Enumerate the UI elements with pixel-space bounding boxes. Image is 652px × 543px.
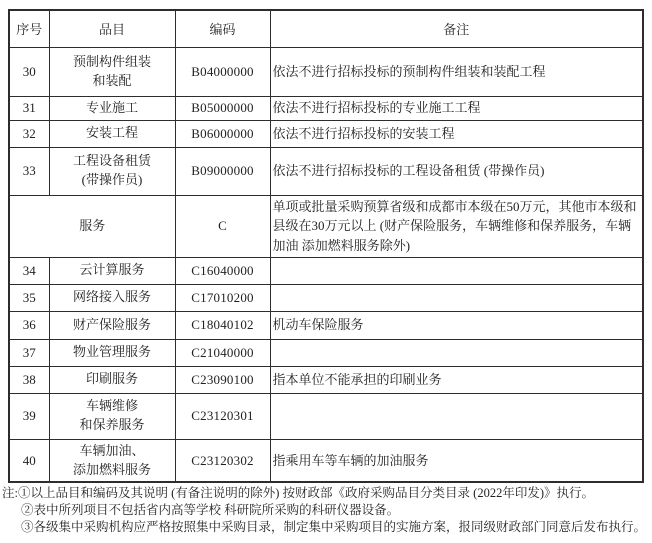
table-row: 36 财产保险服务 C18040102 机动车保险服务 [9,311,643,339]
footnote-1: 注:①以上品目和编码及其说明 (有备注说明的除外) 按财政部《政府采购品目分类目… [2,485,650,502]
table-row: 35 网络接入服务 C17010200 [9,284,643,311]
item-code: C18040102 [175,311,270,339]
item-name: 工程设备租赁 (带操作员) [49,147,175,195]
item-code: B06000000 [175,120,270,147]
table-row: 33 工程设备租赁 (带操作员) B09000000 依法不进行招标投标的工程设… [9,147,643,195]
item-name: 车辆维修 和保养服务 [49,393,175,439]
item-code: C16040000 [175,257,270,284]
item-name: 物业管理服务 [49,339,175,366]
item-remark [270,257,643,284]
category-name: 服务 [9,195,175,257]
item-code: B09000000 [175,147,270,195]
item-name: 预制构件组装 和装配 [49,47,175,96]
row-no: 38 [9,366,49,393]
item-code: C23120301 [175,393,270,439]
footnote-3: ③各级集中采购机构应严格按照集中采购目录，制定集中采购项目的实施方案，报同级财政… [21,519,650,536]
item-remark: 依法不进行招标投标的专业施工工程 [270,96,643,120]
item-remark: 指乘用车等车辆的加油服务 [270,439,643,482]
header-remark: 备注 [270,10,643,47]
row-no: 33 [9,147,49,195]
table-row-services-category: 服务 C 单项或批量采购预算省级和成都市本级在50万元，其他市本级和县级在30万… [9,195,643,257]
item-name: 网络接入服务 [49,284,175,311]
row-no: 37 [9,339,49,366]
row-no: 30 [9,47,49,96]
table-row: 37 物业管理服务 C21040000 [9,339,643,366]
row-no: 32 [9,120,49,147]
item-name: 印刷服务 [49,366,175,393]
footnotes: 注:①以上品目和编码及其说明 (有备注说明的除外) 按财政部《政府采购品目分类目… [2,485,650,536]
table-row: 40 车辆加油、 添加燃料服务 C23120302 指乘用车等车辆的加油服务 [9,439,643,482]
row-no: 31 [9,96,49,120]
item-name: 云计算服务 [49,257,175,284]
item-remark: 依法不进行招标投标的安装工程 [270,120,643,147]
row-no: 34 [9,257,49,284]
table-header-row: 序号 品目 编码 备注 [9,10,643,47]
table-row: 32 安装工程 B06000000 依法不进行招标投标的安装工程 [9,120,643,147]
table-row: 38 印刷服务 C23090100 指本单位不能承担的印刷业务 [9,366,643,393]
item-remark: 依法不进行招标投标的预制构件组装和装配工程 [270,47,643,96]
item-remark [270,339,643,366]
row-no: 39 [9,393,49,439]
row-no: 36 [9,311,49,339]
item-code: C17010200 [175,284,270,311]
document-page: 序号 品目 编码 备注 30 预制构件组装 和装配 B04000000 依法不进… [0,0,652,543]
procurement-catalog-table: 序号 品目 编码 备注 30 预制构件组装 和装配 B04000000 依法不进… [8,9,644,483]
category-remark: 单项或批量采购预算省级和成都市本级在50万元，其他市本级和县级在30万元以上 (… [270,195,643,257]
item-name: 专业施工 [49,96,175,120]
item-name: 车辆加油、 添加燃料服务 [49,439,175,482]
table-row: 31 专业施工 B05000000 依法不进行招标投标的专业施工工程 [9,96,643,120]
footnote-2: ②表中所列项目不包括省内高等学校 科研院所采购的科研仪器设备。 [21,502,650,519]
item-remark [270,393,643,439]
item-remark: 依法不进行招标投标的工程设备租赁 (带操作员) [270,147,643,195]
table-row: 39 车辆维修 和保养服务 C23120301 [9,393,643,439]
item-code: C23090100 [175,366,270,393]
header-item: 品目 [49,10,175,47]
item-code: C23120302 [175,439,270,482]
header-no: 序号 [9,10,49,47]
item-code: B05000000 [175,96,270,120]
item-name: 财产保险服务 [49,311,175,339]
row-no: 35 [9,284,49,311]
item-code: C21040000 [175,339,270,366]
table-row: 34 云计算服务 C16040000 [9,257,643,284]
item-remark [270,284,643,311]
row-no: 40 [9,439,49,482]
item-code: B04000000 [175,47,270,96]
category-code: C [175,195,270,257]
item-remark: 机动车保险服务 [270,311,643,339]
item-name: 安装工程 [49,120,175,147]
item-remark: 指本单位不能承担的印刷业务 [270,366,643,393]
header-code: 编码 [175,10,270,47]
table-row: 30 预制构件组装 和装配 B04000000 依法不进行招标投标的预制构件组装… [9,47,643,96]
